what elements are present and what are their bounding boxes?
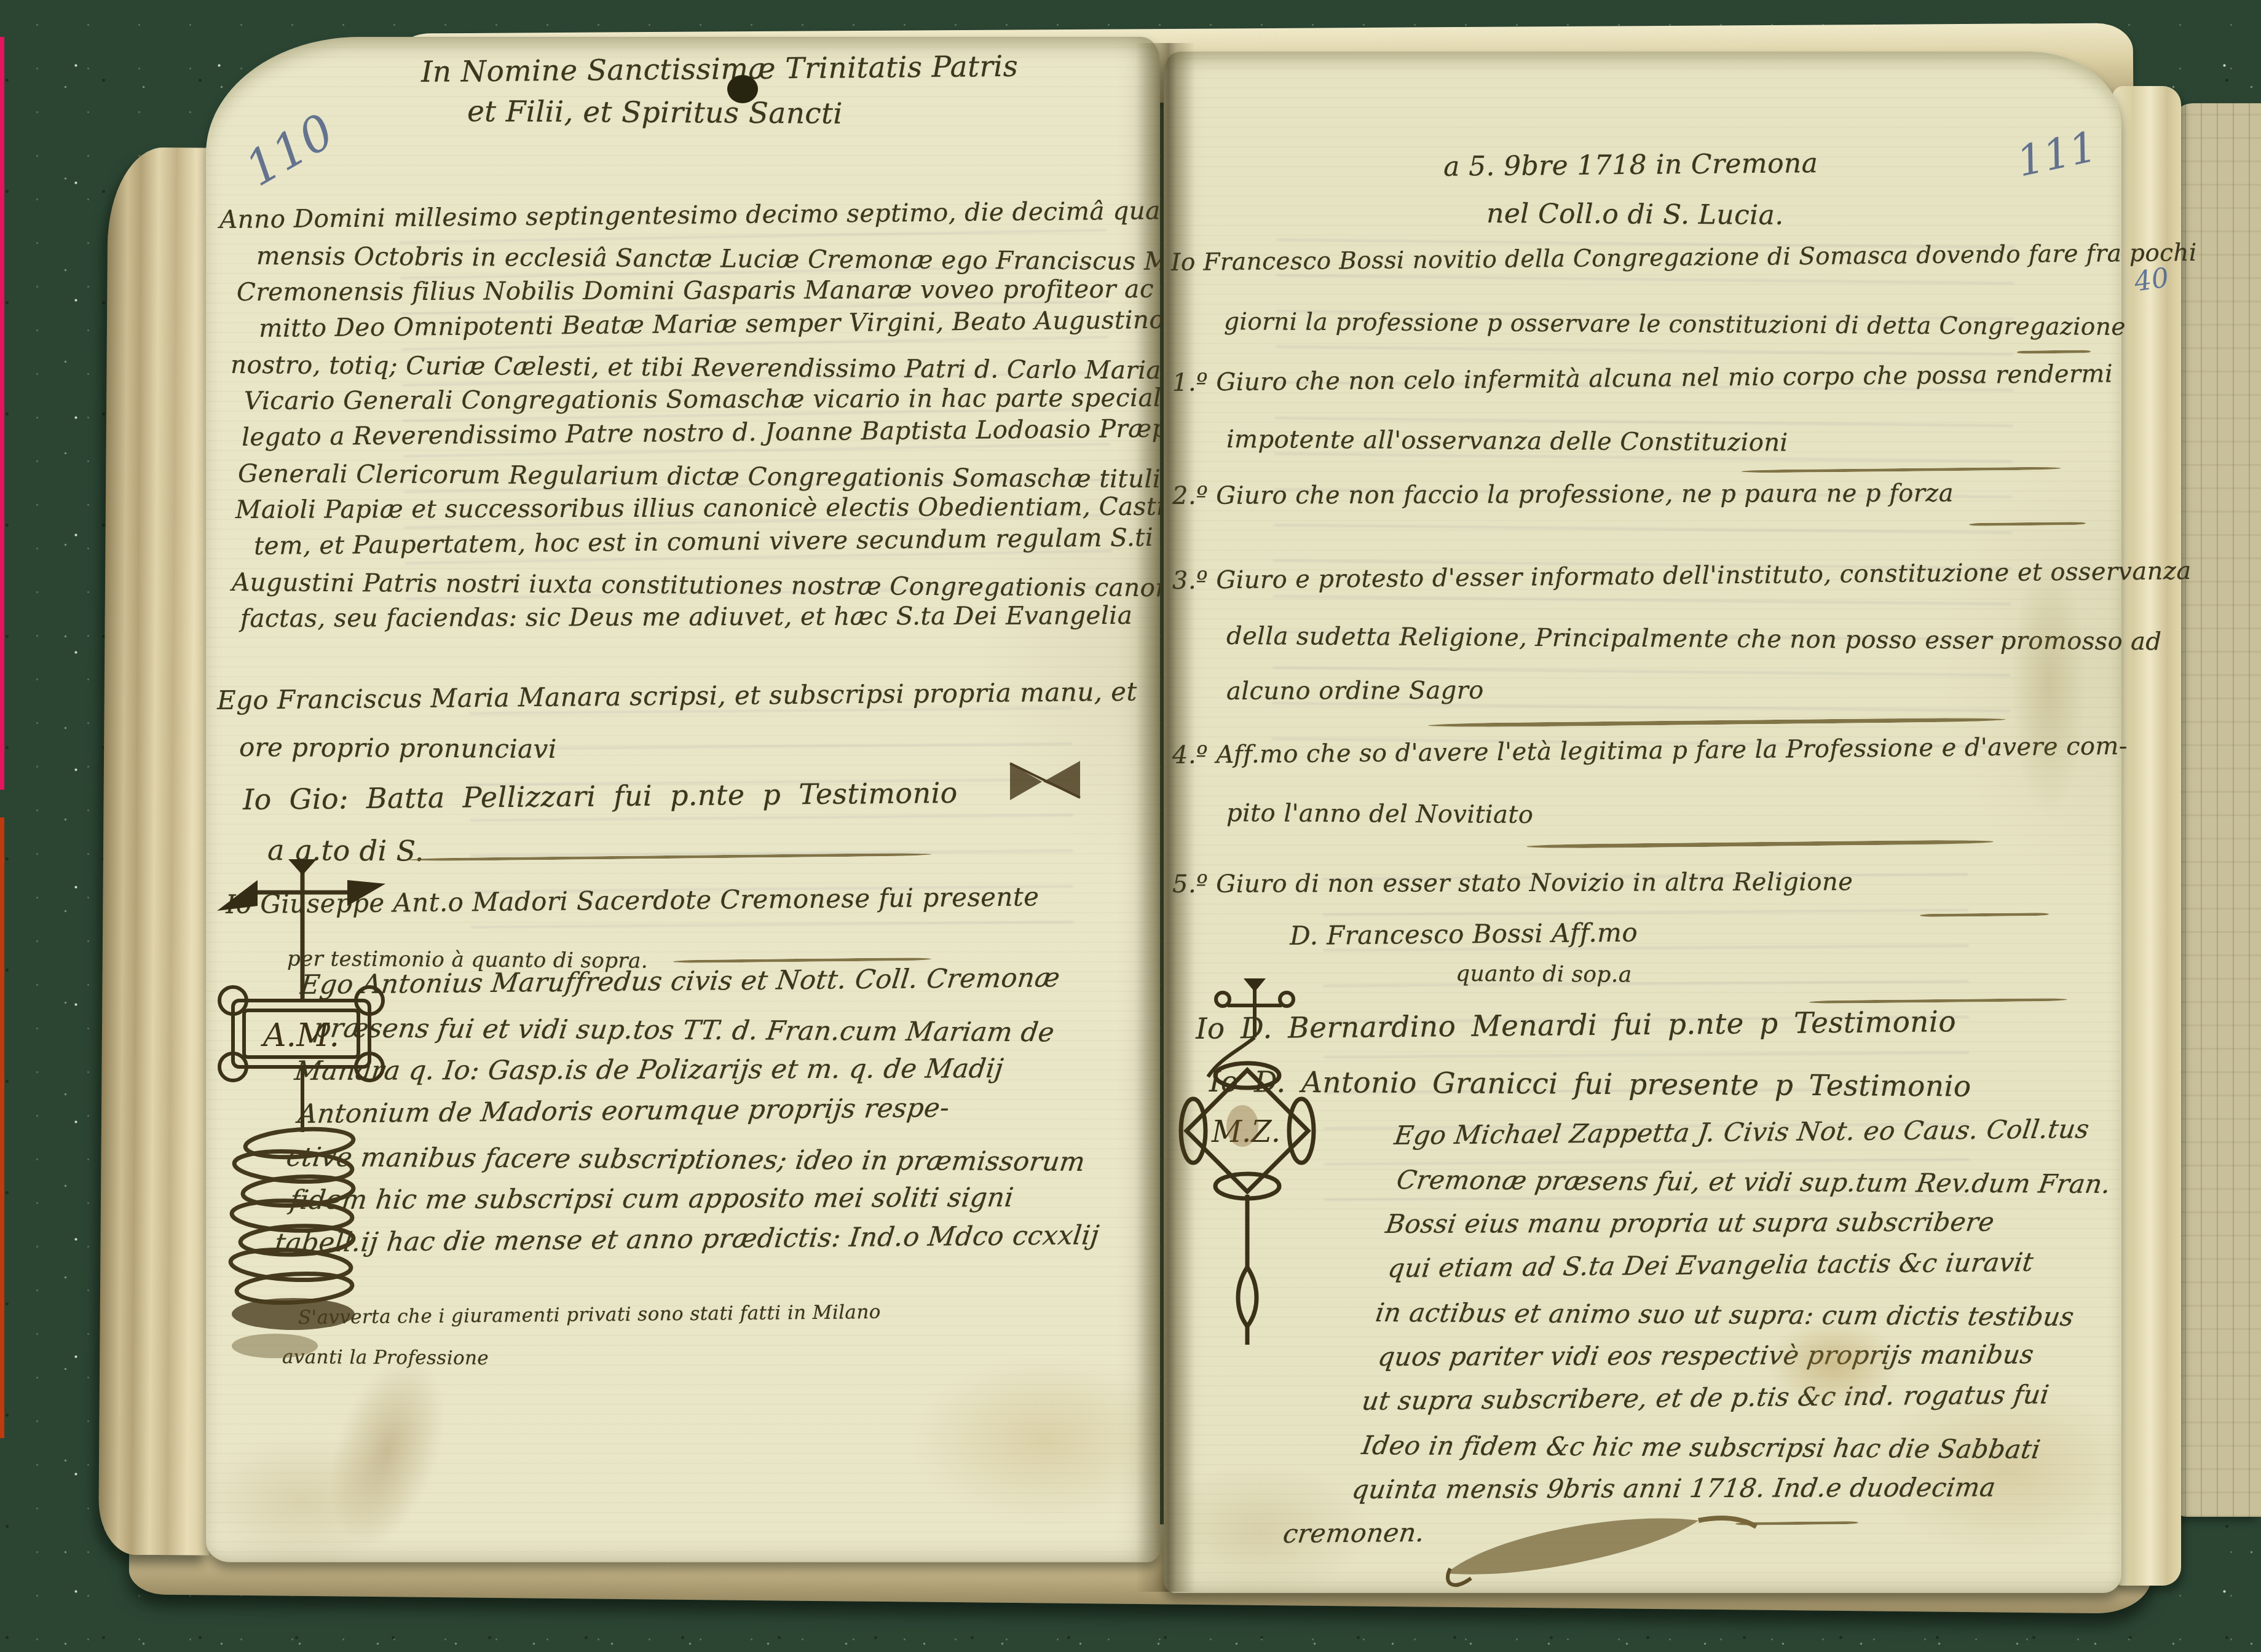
notarial-line: Bossi eius manu propria ut supra subscri…: [1383, 1200, 2108, 1246]
subscription-line: ore proprio pronunciavi: [239, 724, 1137, 776]
right-heading: a 5. 9bre 1718 in Cremona nel Coll.o di …: [1443, 144, 1818, 237]
bowtie-ink-mark: [1005, 755, 1085, 810]
ink-flourish-line: [1526, 840, 1994, 849]
left-heading: In Nomine Sanctissimæ Trinitatis Patris …: [421, 53, 1018, 132]
color-strip-pink: [0, 37, 4, 790]
notary-paraph-flourish: [1434, 1500, 1766, 1598]
book-gutter-shadow: [1136, 43, 1195, 1592]
notarial-line: Ego Michael Zappetta J. Civis Not. eo Ca…: [1392, 1107, 2121, 1158]
notarial-line: Antonium de Madoris eorumque proprijs re…: [296, 1085, 1117, 1136]
intro-line: Io Francesco Bossi novitio della Congreg…: [1171, 224, 2198, 293]
notarial-line: Ideo in fidem &c hic me subscripsi hac d…: [1359, 1423, 2076, 1472]
right-notarial-attestation: Ego Michael Zappetta J. Civis Not. eo Ca…: [1335, 1114, 2120, 1556]
notary-signum-left: A.M.: [201, 854, 404, 1364]
vow-line: alcuno ordine Sagro: [1226, 677, 1484, 706]
right-professed-signature: D. Francesco Bossi Aff.mo quanto di sop.…: [1290, 917, 1638, 993]
vow-line: 5.º Giuro di non esser stato Novizio in …: [1172, 868, 1853, 899]
folio-number-left: 110: [236, 104, 343, 197]
notarial-line: qui etiam ad S.ta Dei Evangelia tactis &…: [1385, 1240, 2102, 1291]
vow-line: 2.º Giuro che non faccio la professione,…: [1172, 479, 1954, 510]
notarial-line: ut supra subscribere, et de p.tis &c ind…: [1359, 1372, 2084, 1423]
subscription-line: Ego Franciscus Maria Manara scripsi, et …: [217, 669, 1137, 724]
notarial-line: Cremonæ præsens fui, et vidi sup.tum Rev…: [1394, 1158, 2113, 1206]
vow-line: pito l'anno del Novitiato: [1226, 799, 1534, 829]
heading-line: a 5. 9bre 1718 in Cremona: [1443, 140, 1818, 191]
color-strip-red: [0, 817, 4, 1438]
notarial-line: in actibus et animo suo ut supra: cum di…: [1373, 1291, 2095, 1339]
left-subscription: Ego Franciscus Maria Manara scripsi, et …: [217, 677, 1137, 771]
signature-line: quanto di sop.a: [1456, 955, 1638, 994]
ink-flourish-line: [1969, 522, 2086, 526]
intro-line: giorni la professione p osservare le con…: [1224, 293, 2198, 358]
ink-flourish-line: [1920, 913, 2049, 917]
right-page: 111 a 5. 9bre 1718 in Cremona nel Coll.o…: [1164, 52, 2121, 1593]
folio-number-right: 111: [2013, 122, 2101, 186]
right-intro: Io Francesco Bossi novitio della Congreg…: [1171, 234, 2197, 352]
svg-text:A.M.: A.M.: [261, 1017, 339, 1054]
witness-line: Io D. Antonio Granicci fui presente p Te…: [1209, 1056, 1971, 1114]
ink-blot: [727, 75, 758, 103]
heading-line: In Nomine Sanctissimæ Trinitatis Patris: [421, 47, 1019, 92]
notarial-line: quos pariter vidi eos respectivè proprij…: [1375, 1332, 2089, 1379]
notarial-line: Ego Antonius Maruffredus civis et Nott. …: [298, 956, 1133, 1007]
manuscript-scan: 40 110 In Nomine Sanctissimæ Trinitatis …: [0, 0, 2261, 1652]
left-page: 110 In Nomine Sanctissimæ Trinitatis Pat…: [206, 37, 1160, 1562]
signature-line: D. Francesco Bossi Aff.mo: [1290, 914, 1638, 955]
vow-line: impotente all'osservanza delle Constituz…: [1226, 425, 1788, 457]
witness-line: Io Gio: Batta Pellizzari fui p.nte p Tes…: [243, 768, 958, 825]
